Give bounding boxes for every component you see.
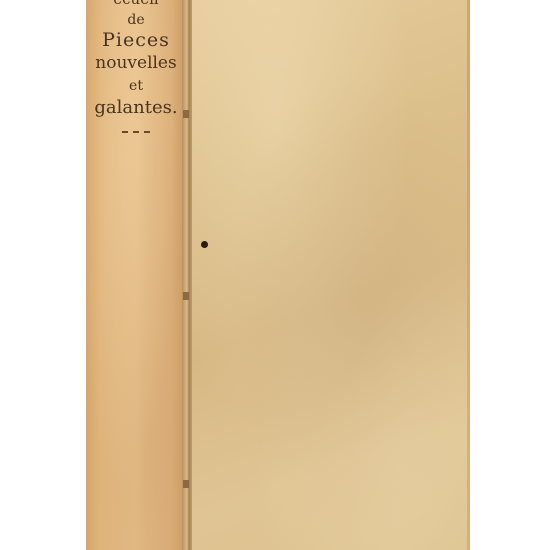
spine-title-line: Pieces [86, 31, 186, 50]
cover-edge [467, 0, 470, 550]
wormhole [201, 241, 208, 248]
sewing-tack [183, 480, 189, 488]
spine-title-line: nouvelles [86, 55, 186, 72]
spine-title-line: et [86, 79, 186, 93]
sewing-tack [183, 110, 189, 118]
book: ecueil de Pieces nouvelles et galantes. [86, 0, 470, 550]
front-cover [192, 0, 470, 550]
spine-title-line: ecueil [86, 0, 186, 7]
spine-title-line: galantes. [86, 99, 186, 117]
spine-title-line: de [86, 13, 186, 27]
sewing-tack [183, 292, 189, 300]
spine-title: ecueil de Pieces nouvelles et galantes. [86, 0, 186, 133]
spine-rule [122, 131, 150, 133]
